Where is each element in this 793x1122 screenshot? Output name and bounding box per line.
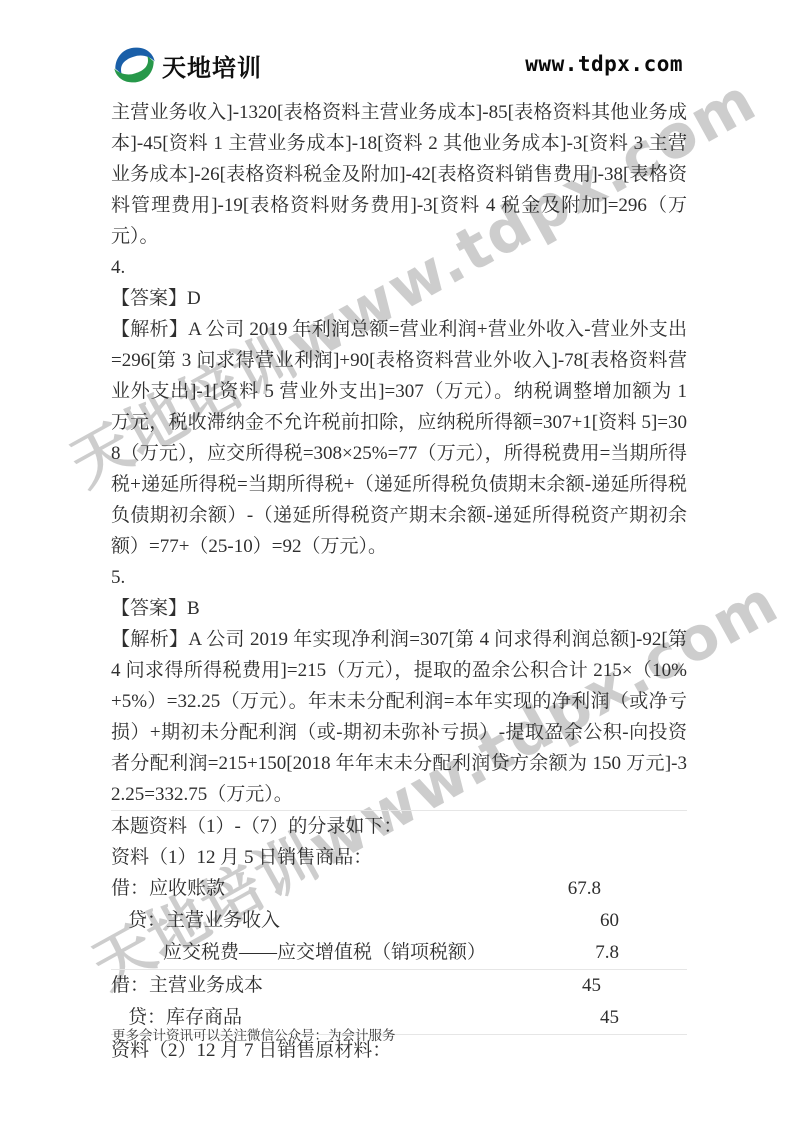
journal-amount: 7.8 [595, 937, 619, 969]
page-header: 天地培训 www.tdpx.com [112, 42, 683, 92]
journal-row: 借：应收账款 67.8 [111, 873, 687, 905]
logo-swirl-icon [112, 44, 157, 86]
journal-account: 借：主营业务成本 [111, 975, 263, 996]
question-5-number: 5. [111, 562, 687, 593]
footer-note: 更多会计资讯可以关注微信公众号：为会计服务 [112, 1026, 396, 1046]
company-logo: 天地培训 [112, 44, 262, 86]
question-4-analysis: 【解析】A 公司 2019 年利润总额=营业利润+营业外收入-营业外支出=296… [111, 314, 687, 562]
journal-amount: 67.8 [568, 873, 601, 905]
entries-intro: 本题资料（1）-（7）的分录如下： [111, 811, 687, 842]
journal-amount: 45 [600, 1002, 619, 1034]
journal-row: 应交税费——应交增值税（销项税额） 7.8 [111, 937, 687, 969]
journal-row: 贷：主营业务收入 60 [111, 905, 687, 937]
question-5-analysis: 【解析】A 公司 2019 年实现净利润=307[第 4 问求得利润总额]-92… [111, 624, 687, 810]
website-url: www.tdpx.com [525, 52, 683, 76]
journal-row: 借：主营业务成本 45 [111, 970, 687, 1002]
item-1-title: 资料（1）12 月 5 日销售商品： [111, 842, 687, 873]
journal-amount: 60 [600, 905, 619, 937]
carryover-paragraph: 主营业务收入]-1320[表格资料主营业务成本]-85[表格资料其他业务成本]-… [111, 97, 687, 252]
logo-text: 天地培训 [162, 48, 262, 83]
journal-amount: 45 [582, 970, 601, 1002]
journal-account: 贷：主营业务收入 [128, 910, 280, 931]
journal-account: 贷：库存商品 [128, 1007, 242, 1028]
document-page: 天地培训www.tdpx.com 天地培训www.tdpx.com 天地培训 w… [0, 0, 793, 1122]
question-4-answer: 【答案】D [111, 283, 687, 314]
question-4-number: 4. [111, 252, 687, 283]
journal-account: 应交税费——应交增值税（销项税额） [163, 942, 486, 963]
question-5-answer: 【答案】B [111, 593, 687, 624]
journal-account: 借：应收账款 [111, 878, 225, 899]
document-body: 主营业务收入]-1320[表格资料主营业务成本]-85[表格资料其他业务成本]-… [111, 97, 687, 1066]
